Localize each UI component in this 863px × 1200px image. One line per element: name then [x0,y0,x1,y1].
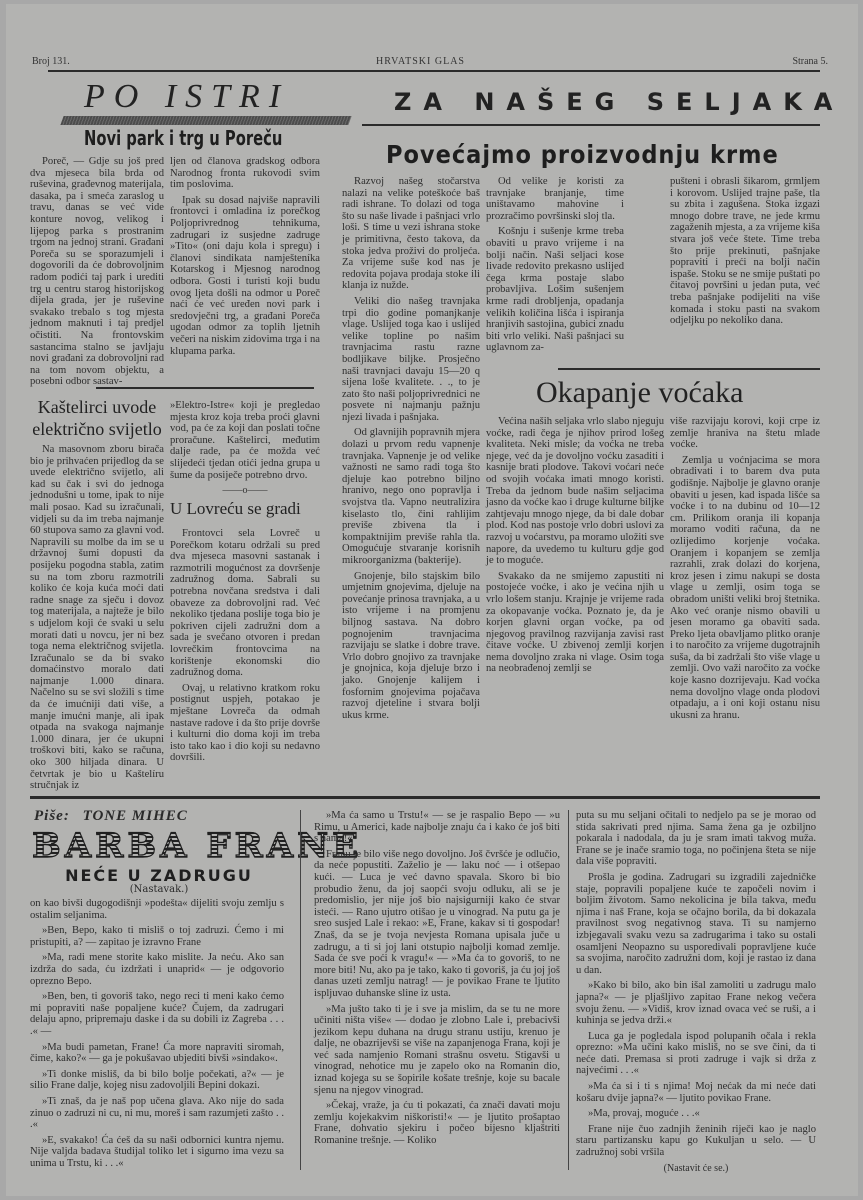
byline-author: TONE MIHEC [83,808,188,824]
section-po-istri: PO ISTRI [84,78,289,116]
article-title-okapanje: Okapanje voćaka [536,376,743,410]
paragraph: »Elektro-Istre« koji je pregledao mjesta… [170,400,320,481]
continued-label: (Nastavak.) [34,884,284,895]
lovrec-body: Frontovci sela Lovreč u Porečkom kotaru … [170,528,320,768]
paragraph: »Ma budi pametan, Frane! Ća more napravi… [30,1042,284,1065]
paragraph: puta su mu seljani očitali to nedjelo pa… [576,810,816,868]
section-rule [362,124,820,126]
serial-title: BARBA FRANE [32,826,362,866]
paragraph: Ipak su dosad najviše napravili frontovc… [170,195,320,357]
paragraph: »Ma, radi mene storite kako mislite. Ja … [30,952,284,987]
paragraph: »Ma ća si i ti s njima! Moj nećak da mi … [576,1081,816,1104]
okapanje-col1: Većina naših seljaka vrlo slabo njeguju … [486,416,664,679]
paragraph: »Kako bi bilo, ako bin išal zamoliti u z… [576,980,816,1026]
krme-col2: Od velike je koristi za travnjake branja… [486,176,624,358]
paragraph: »Ti donke misliš, da bi bilo bolje poček… [30,1069,284,1092]
paragraph: ljen od članova gradskog odbora Narodnog… [170,156,320,191]
krme-col1: Razvoj našeg stočarstva nalazi na velike… [342,176,480,725]
krme-col3: pušteni i obrasli šikarom, grmljem i kor… [670,176,820,331]
paragraph: »Ma ća samo u Trstu!« — se je raspalio B… [314,810,560,845]
paragraph: Franu je bilo više nego dovoljno. Još čv… [314,849,560,1000]
paragraph: Na masovnom zboru birača bio je prihvaće… [30,444,164,792]
novi-park-col2: ljen od članova gradskog odbora Narodnog… [170,156,320,361]
paragraph: Gnojenje, bilo stajskim bilo umjetnim gn… [342,571,480,722]
paragraph: »Ma, provaj, moguće . . .« [576,1108,816,1120]
paragraph: Zemlja u voćnjacima se mora obradivati i… [670,455,820,722]
paragraph: Od glavnijih popravnih mjera dolazi u pr… [342,427,480,566]
paragraph: Prošla je godina. Zadrugari su izgradili… [576,872,816,976]
paragraph: Većina naših seljaka vrlo slabo njeguju … [486,416,664,567]
barba-col3: puta su mu seljani očitali to nedjelo pa… [576,810,816,1174]
paragraph: »E, svakako! Ća ćeš da su naši odbornici… [30,1135,284,1170]
paragraph: Frontovci sela Lovreč u Porečkom kotaru … [170,528,320,679]
paragraph: Luca ga je pogledala ispod polupanih oča… [576,1031,816,1077]
page-divider [30,796,820,799]
okapanje-col2: više razvijaju korovi, koji crpe iz zeml… [670,416,820,725]
separator: ——o—— [170,485,320,497]
article-title-novi-park: Novi park i trg u Poreču [84,126,282,150]
paragraph: on kao bivši dugogodišnji »podešta« dije… [30,898,284,921]
barba-col1: on kao bivši dugogodišnji »podešta« dije… [30,898,284,1173]
paragraph: Frane nije čuo zadnjih ženinih riječi ka… [576,1124,816,1159]
barba-col2: »Ma ća samo u Trstu!« — se je raspalio B… [314,810,560,1151]
to-be-continued: (Nastavit će se.) [576,1163,816,1175]
article-title-krme: Povećajmo proizvodnju krme [386,140,779,169]
newspaper-page: Broj 131. HRVATSKI GLAS Strana 5. PO IST… [6,4,858,1196]
title-line: Kaštelirci uvode [30,396,164,418]
newspaper-name: HRVATSKI GLAS [376,56,465,67]
paragraph: Veliki dio našeg travnjaka trpi dio godi… [342,296,480,424]
title-line: električno svijetlo [30,418,164,440]
novi-park-col1: Poreč, — Gdje su još pred dva mjeseca bi… [30,156,164,392]
decorative-stripe [60,116,351,125]
section-za-naseg-seljaka: ZA NAŠEG SELJAKA [394,88,844,116]
column-rule [568,810,569,1170]
article-divider [96,387,314,389]
paragraph: »Ben, ben, ti govoriš tako, nego reci ti… [30,991,284,1037]
paragraph: Razvoj našeg stočarstva nalazi na velike… [342,176,480,292]
paragraph: »Ben, Bepo, kako ti misliš o toj zadruzi… [30,925,284,948]
paragraph: pušteni i obrasli šikarom, grmljem i kor… [670,176,820,327]
paragraph: »Ma jušto tako ti je i sve ja mislim, da… [314,1004,560,1097]
header-rule [48,70,820,72]
byline-label: Piše: [34,808,70,824]
paragraph: Od velike je koristi za travnjake branja… [486,176,624,222]
paragraph: »Čekaj, vraže, ja ću ti pokazati, ća zna… [314,1100,560,1146]
kastelirci-col1: Na masovnom zboru birača bio je prihvaće… [30,444,164,796]
paragraph: Košnju i sušenje krme treba obaviti u pr… [486,226,624,354]
article-title-lovrec: U Lovreću se gradi [170,499,301,519]
paragraph: Ovaj, u relativno kratkom roku postignut… [170,683,320,764]
article-divider [558,368,820,370]
byline: Piše: TONE MIHEC [34,808,188,825]
column-rule [300,810,301,1170]
serial-subtitle: NEĆE U ZADRUGU [34,866,284,885]
kastelirci-col2: »Elektro-Istre« koji je pregledao mjesta… [170,400,320,497]
paragraph: »Ti znaš, da je naš pop učena glava. Ako… [30,1096,284,1131]
page-number: Strana 5. [792,56,828,67]
issue-number: Broj 131. [32,56,70,67]
article-title-kastelirci: Kaštelirci uvode električno svijetlo [30,396,164,440]
paragraph: više razvijaju korovi, koji crpe iz zeml… [670,416,820,451]
paragraph: Poreč, — Gdje su još pred dva mjeseca bi… [30,156,164,388]
paragraph: Svakako da ne smijemo zapustiti ni posto… [486,571,664,675]
